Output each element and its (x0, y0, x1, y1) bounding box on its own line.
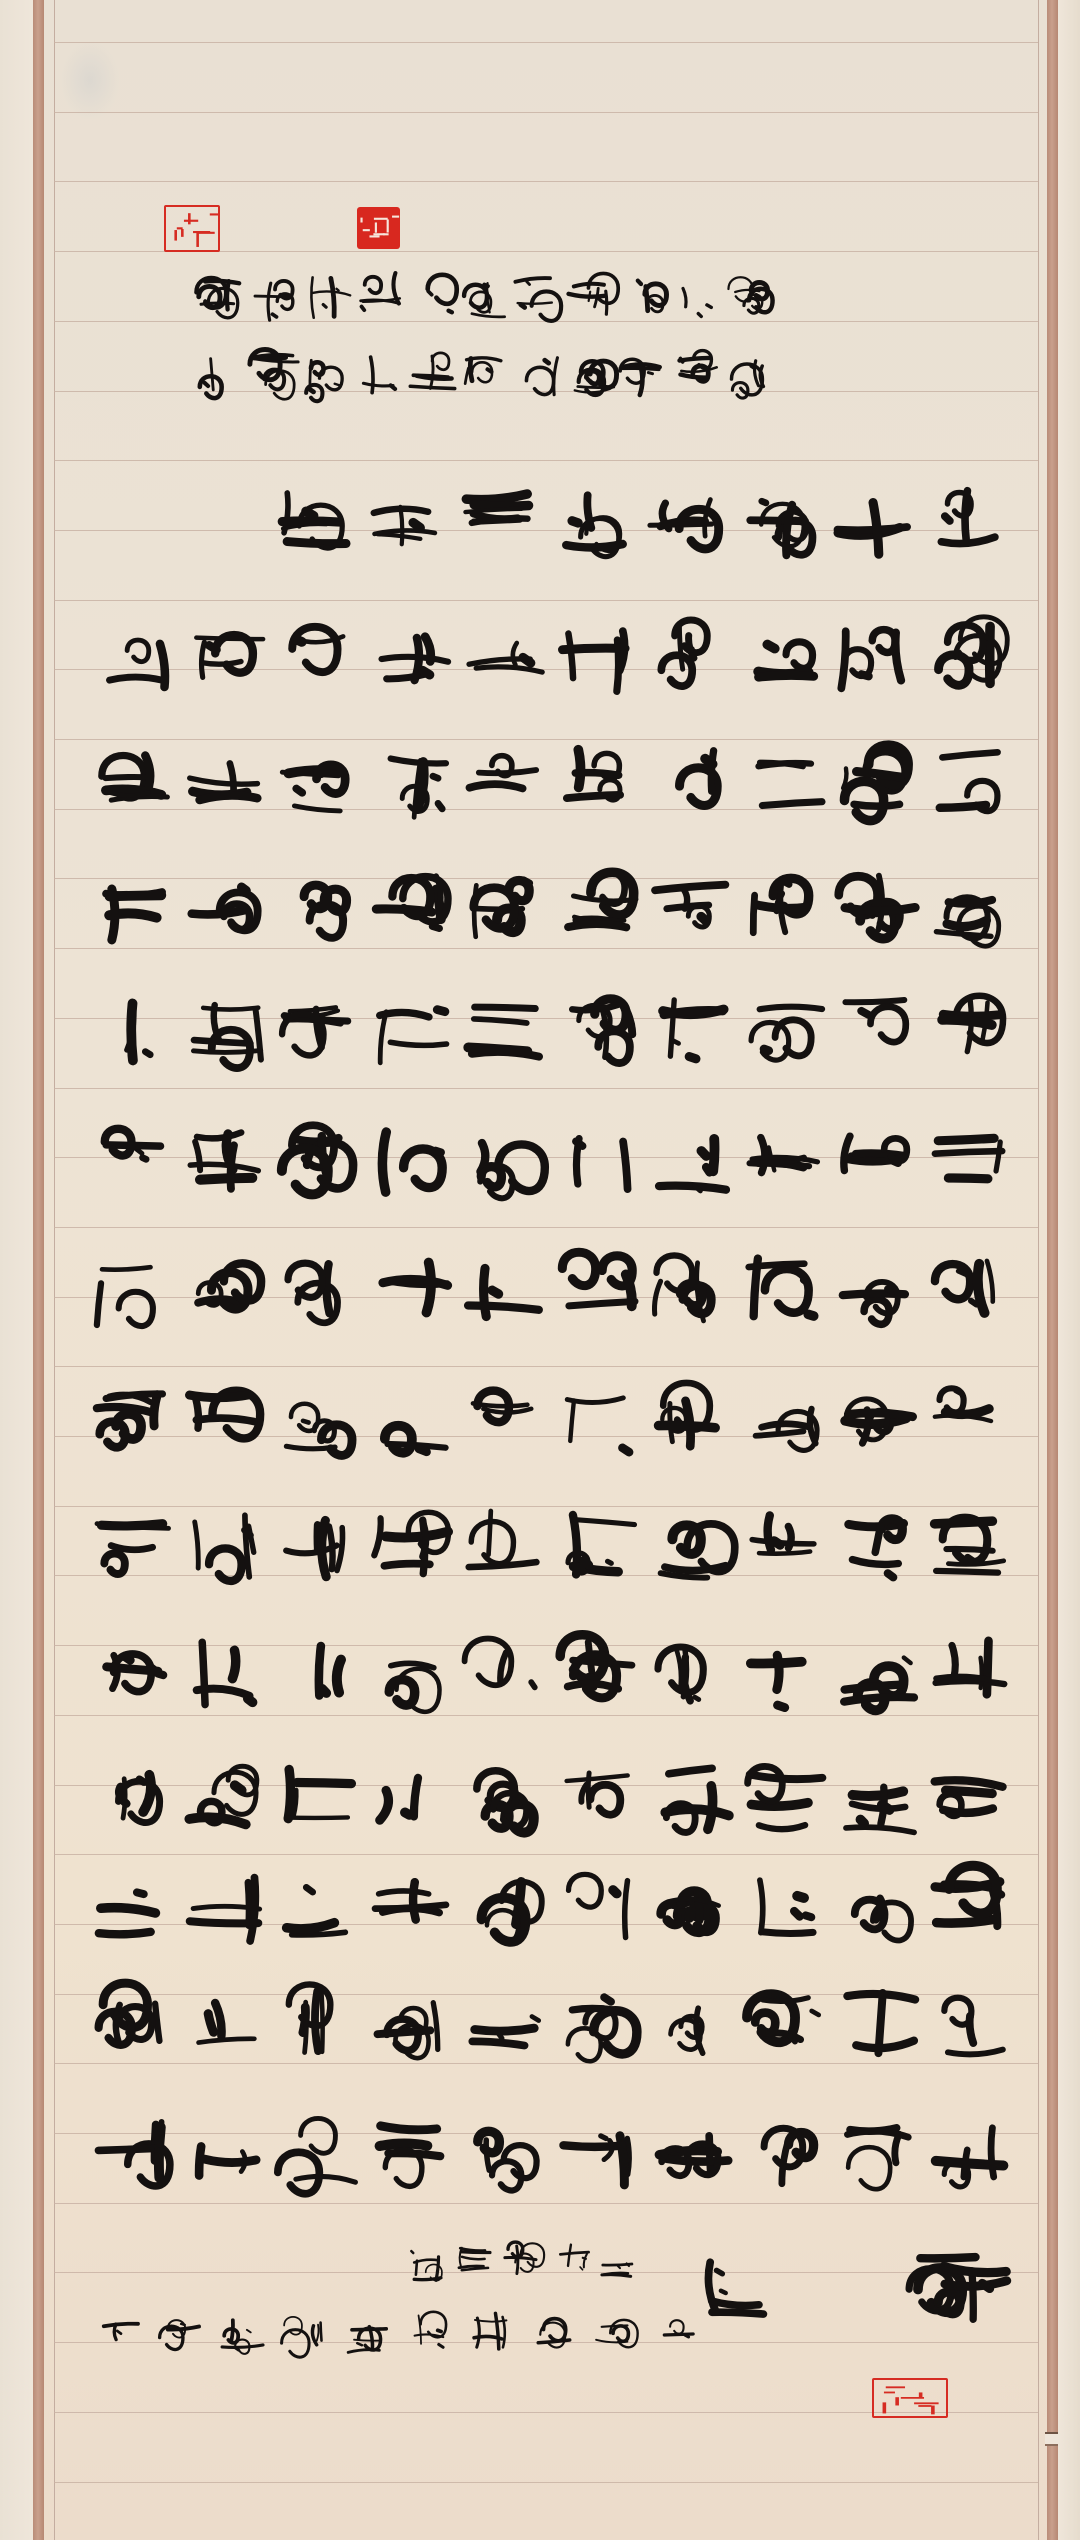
calligraphy-glyph (837, 1983, 917, 2067)
signature-glyph (468, 2308, 514, 2358)
calligraphy-glyph (185, 1869, 265, 1953)
title-glyph (930, 2244, 1020, 2338)
calligraphy-glyph (464, 615, 544, 699)
inscription-glyph (670, 274, 722, 330)
calligraphy-glyph (371, 1249, 451, 1333)
calligraphy-glyph (92, 869, 172, 953)
calligraphy-glyph (651, 1986, 731, 2070)
calligraphy-glyph (278, 1117, 358, 1201)
outer-margin-right (1058, 0, 1080, 2540)
calligraphy-glyph (371, 1637, 451, 1721)
calligraphy-glyph (464, 739, 544, 823)
calligraphy-glyph (833, 485, 911, 567)
calligraphy-glyph (185, 1756, 265, 1840)
calligraphy-glyph (930, 1985, 1010, 2069)
calligraphy-glyph (651, 1252, 731, 1336)
calligraphy-glyph (744, 1383, 824, 1467)
calligraphy-glyph (739, 489, 817, 571)
inscription-glyph (565, 271, 617, 327)
calligraphy-glyph (651, 739, 731, 823)
calligraphy-glyph (371, 746, 451, 830)
calligraphy-glyph (185, 989, 265, 1073)
calligraphy-glyph (744, 2114, 824, 2198)
ruled-line (54, 2482, 1038, 2483)
signature-glyph (281, 2311, 327, 2361)
calligraphy-glyph (651, 614, 731, 698)
calligraphy-glyph (930, 1868, 1010, 1952)
calligraphy-glyph (371, 996, 451, 1080)
calligraphy-glyph (371, 617, 451, 701)
calligraphy-glyph (558, 1504, 638, 1588)
calligraphy-glyph (558, 1755, 638, 1839)
calligraphy-glyph (930, 743, 1010, 827)
calligraphy-glyph (930, 1631, 1010, 1715)
calligraphy-glyph (837, 1508, 917, 1592)
inscription-glyph (723, 354, 775, 410)
signature-glyph (502, 2236, 544, 2282)
calligraphy-glyph (651, 1867, 731, 1951)
calligraphy-glyph (365, 481, 443, 563)
calligraphy-glyph (464, 1503, 544, 1587)
inscription-glyph (353, 266, 405, 322)
calligraphy-glyph (92, 620, 172, 704)
calligraphy-glyph (651, 862, 731, 946)
calligraphy-glyph (272, 480, 350, 562)
inscription-glyph (512, 269, 564, 325)
calligraphy-glyph (371, 1873, 451, 1957)
calligraphy-glyph (464, 866, 544, 950)
ruled-line (54, 2272, 1038, 2273)
calligraphy-glyph (930, 1377, 1010, 1461)
calligraphy-glyph (185, 2120, 265, 2204)
calligraphy-glyph (92, 1876, 172, 1960)
calligraphy-glyph (278, 1870, 358, 1954)
calligraphy-glyph (371, 1764, 451, 1848)
outer-margin-left (0, 0, 33, 2540)
inscription-glyph (195, 266, 247, 322)
ruled-line (54, 42, 1038, 43)
inscription-glyph (723, 273, 775, 329)
calligraphy-glyph (837, 863, 917, 947)
ruled-line (54, 739, 1038, 740)
calligraphy-glyph (92, 1508, 172, 1592)
inner-frame-rule-right (1038, 0, 1039, 2540)
calligraphy-glyph (837, 1253, 917, 1337)
ruled-line (54, 181, 1038, 182)
calligraphy-glyph (700, 2254, 772, 2330)
calligraphy-glyph (185, 1982, 265, 2066)
calligraphy-glyph (744, 1504, 824, 1588)
calligraphy-glyph (278, 1506, 358, 1590)
inscription-glyph (512, 348, 564, 404)
calligraphy-glyph (278, 864, 358, 948)
calligraphy-glyph (278, 1381, 358, 1465)
calligraphy-glyph (930, 1504, 1010, 1588)
seal-lower (872, 2378, 948, 2418)
signature-glyph (157, 2306, 203, 2356)
calligraphy-glyph (930, 2118, 1010, 2202)
calligraphy-glyph (464, 1122, 544, 1206)
calligraphy-glyph (278, 995, 358, 1079)
calligraphy-glyph (837, 742, 917, 826)
calligraphy-glyph (464, 1979, 544, 2063)
inscription-glyph (617, 350, 669, 406)
calligraphy-glyph (371, 1383, 451, 1467)
calligraphy-glyph (558, 861, 638, 945)
calligraphy-glyph (837, 620, 917, 704)
calligraphy-glyph (278, 1982, 358, 2066)
calligraphy-glyph (558, 1632, 638, 1716)
ruled-line (54, 600, 1038, 601)
inscription-glyph (670, 344, 722, 400)
calligraphy-glyph (744, 1871, 824, 1955)
calligraphy-glyph (837, 1378, 917, 1462)
ruled-line (54, 460, 1038, 461)
calligraphy-glyph (92, 742, 172, 826)
calligraphy-glyph (558, 1985, 638, 2069)
inscription-glyph (195, 350, 247, 406)
calligraphy-glyph (558, 1381, 638, 1465)
calligraphy-glyph (185, 1507, 265, 1591)
inscription-glyph (617, 270, 669, 326)
calligraphy-glyph (92, 1375, 172, 1459)
calligraphy-glyph (464, 994, 544, 1078)
calligraphy-glyph (464, 1379, 544, 1463)
ruled-line (54, 112, 1038, 113)
calligraphy-glyph (371, 2113, 451, 2197)
signature-glyph (592, 2313, 638, 2363)
calligraphy-glyph (464, 1636, 544, 1720)
signature-glyph (405, 2244, 447, 2290)
signature-glyph (654, 2307, 700, 2357)
calligraphy-glyph (92, 1757, 172, 1841)
calligraphy-glyph (651, 1759, 731, 1843)
inscription-glyph (406, 275, 458, 331)
calligraphy-glyph (744, 740, 824, 824)
calligraphy-glyph (930, 869, 1010, 953)
inscription-glyph (459, 270, 511, 326)
calligraphy-glyph (837, 2114, 917, 2198)
mount-border-right (1047, 0, 1058, 2540)
mount-border-left (33, 0, 44, 2540)
calligraphy-glyph (371, 1982, 451, 2066)
calligraphy-glyph (278, 614, 358, 698)
ruled-line (54, 1088, 1038, 1089)
signature-glyph (550, 2240, 592, 2286)
calligraphy-glyph (278, 742, 358, 826)
calligraphy-glyph (558, 620, 638, 704)
calligraphy-glyph (651, 1636, 731, 1720)
calligraphy-glyph (651, 1506, 731, 1590)
inscription-glyph (459, 350, 511, 406)
calligraphy-glyph (930, 992, 1010, 1076)
inscription-glyph (301, 354, 353, 410)
calligraphy-glyph (930, 1763, 1010, 1847)
calligraphy-glyph (185, 1376, 265, 1460)
calligraphy-glyph (837, 990, 917, 1074)
signature-glyph (95, 2307, 141, 2357)
ruled-line (54, 1227, 1038, 1228)
signature-glyph (219, 2314, 265, 2364)
calligraphy-glyph (371, 1121, 451, 1205)
inscription-glyph (301, 271, 353, 327)
calligraphy-glyph (558, 989, 638, 1073)
calligraphy-glyph (558, 1121, 638, 1205)
ruled-line (54, 1366, 1038, 1367)
calligraphy-glyph (744, 1759, 824, 1843)
calligraphy-glyph (185, 865, 265, 949)
calligraphy-glyph (558, 1868, 638, 1952)
calligraphy-glyph (464, 2117, 544, 2201)
seal-upper-right (357, 207, 400, 249)
inscription-glyph (248, 348, 300, 404)
calligraphy-glyph (930, 1125, 1010, 1209)
signature-glyph (343, 2315, 389, 2365)
inscription-glyph (565, 353, 617, 409)
calligraphy-glyph (646, 483, 724, 565)
calligraphy-glyph (744, 1987, 824, 2071)
inscription-glyph (248, 275, 300, 331)
calligraphy-glyph (92, 1632, 172, 1716)
calligraphy-glyph (651, 989, 731, 1073)
calligraphy-glyph (92, 1120, 172, 1204)
calligraphy-glyph (744, 618, 824, 702)
calligraphy-glyph (552, 481, 630, 563)
signature-glyph (598, 2245, 640, 2291)
inscription-glyph (406, 347, 458, 403)
calligraphy-glyph (92, 1253, 172, 1337)
calligraphy-glyph (185, 1119, 265, 1203)
calligraphy-glyph (459, 487, 537, 569)
signature-glyph (530, 2310, 576, 2360)
calligraphy-glyph (558, 1247, 638, 1331)
calligraphy-glyph (185, 1634, 265, 1718)
calligraphy-glyph (651, 1377, 731, 1461)
ruled-line (54, 1854, 1038, 1855)
calligraphy-glyph (930, 614, 1010, 698)
calligraphy-glyph (464, 1871, 544, 1955)
calligraphy-glyph (371, 865, 451, 949)
calligraphy-glyph (926, 480, 1004, 562)
signature-glyph (406, 2306, 452, 2356)
calligraphy-glyph (185, 1249, 265, 1333)
calligraphy-glyph (744, 867, 824, 951)
calligraphy-glyph (837, 1762, 917, 1846)
signature-glyph (453, 2241, 495, 2287)
calligraphy-glyph (92, 992, 172, 1076)
calligraphy-glyph (278, 1252, 358, 1336)
inscription-glyph (353, 348, 405, 404)
calligraphy-glyph (185, 613, 265, 697)
calligraphy-glyph (651, 2115, 731, 2199)
calligraphy-glyph (278, 2115, 358, 2199)
calligraphy-glyph (464, 1255, 544, 1339)
calligraphy-glyph (278, 1761, 358, 1845)
calligraphy-glyph (837, 1867, 917, 1951)
calligraphy-glyph (744, 996, 824, 1080)
calligraphy-glyph (558, 2114, 638, 2198)
calligraphy-glyph (744, 1639, 824, 1723)
calligraphy-glyph (278, 1635, 358, 1719)
calligraphy-glyph (185, 746, 265, 830)
calligraphy-glyph (558, 739, 638, 823)
calligraphy-glyph (930, 1250, 1010, 1334)
calligraphy-glyph (837, 1115, 917, 1199)
calligraphy-glyph (837, 1640, 917, 1724)
calligraphy-glyph (464, 1761, 544, 1845)
calligraphy-glyph (371, 1506, 451, 1590)
calligraphy-glyph (651, 1123, 731, 1207)
seal-upper-left (164, 205, 220, 252)
calligraphy-glyph (744, 1118, 824, 1202)
calligraphy-glyph (744, 1249, 824, 1333)
calligraphy-glyph (92, 2113, 172, 2197)
calligraphy-glyph (92, 1984, 172, 2068)
